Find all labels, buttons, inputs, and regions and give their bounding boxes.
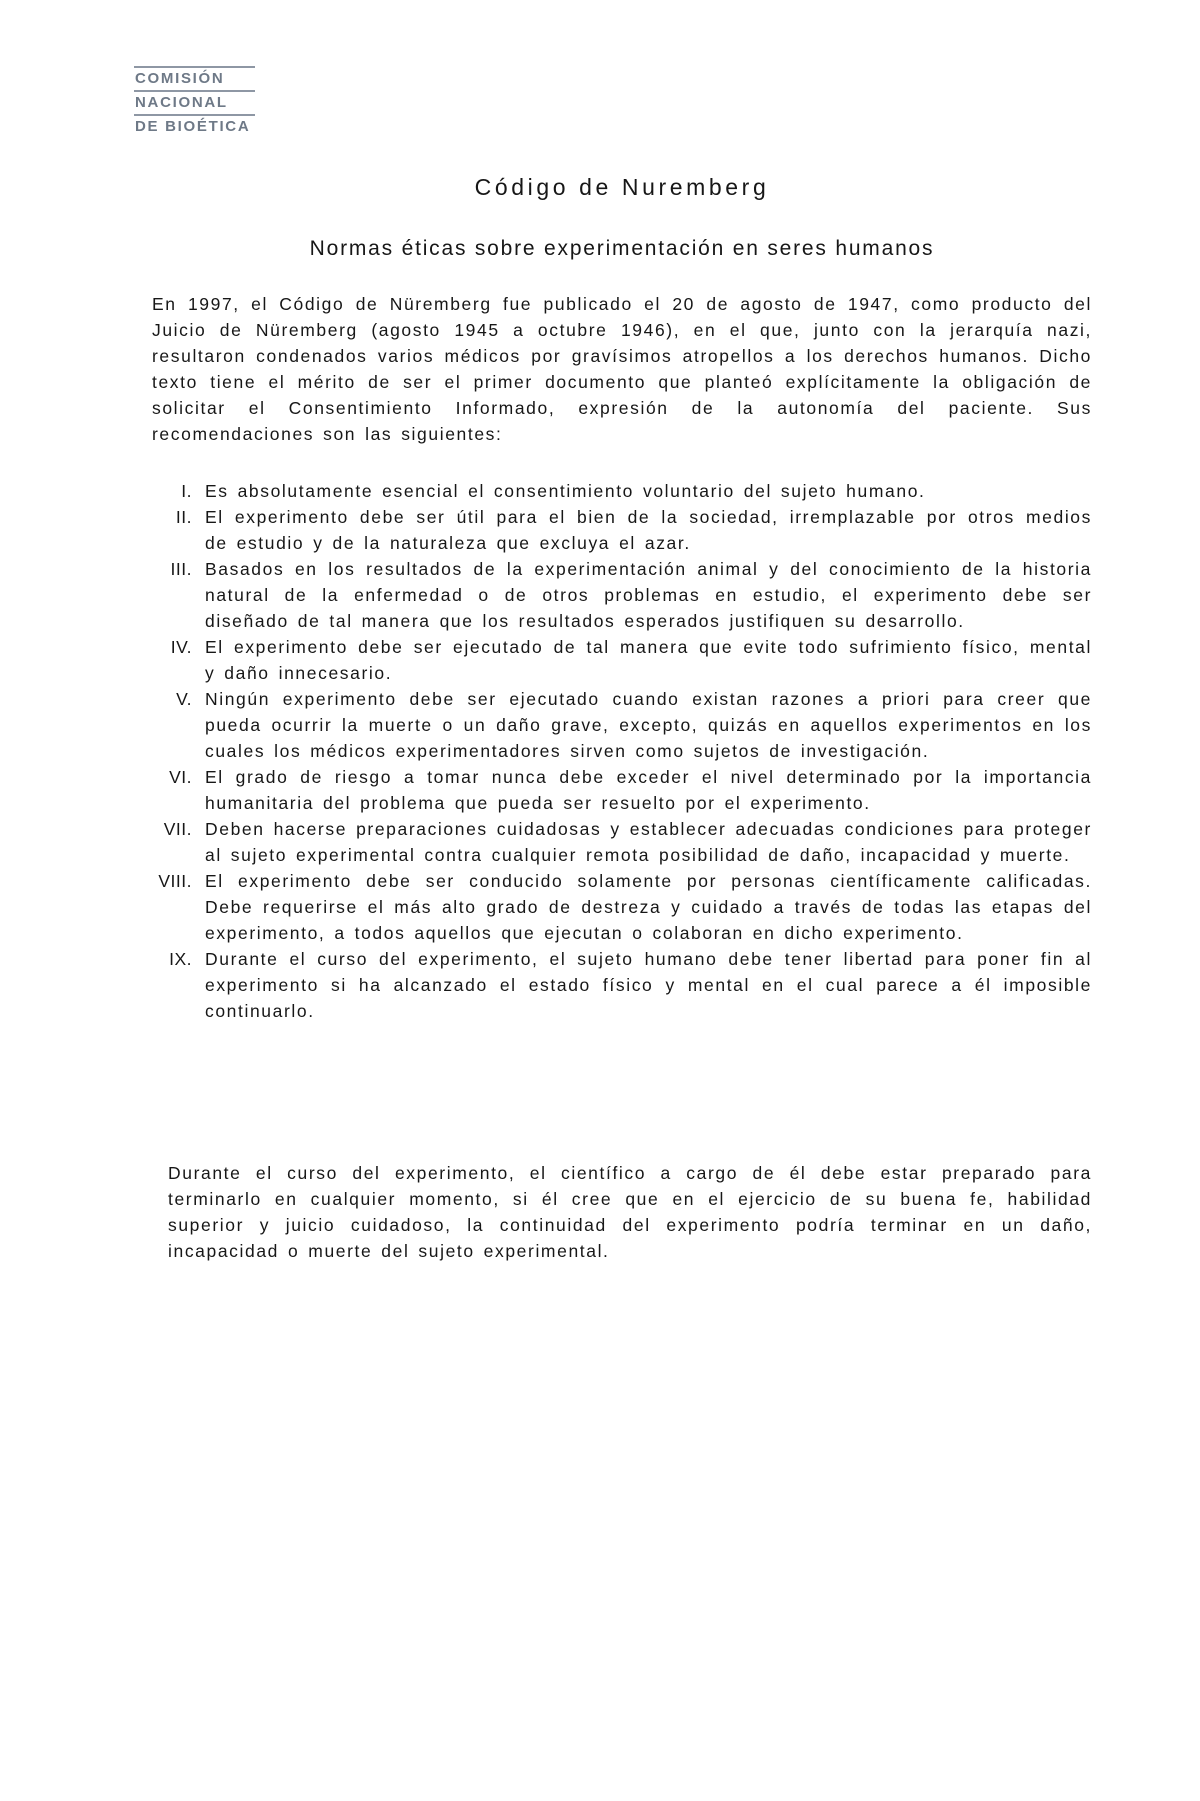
document-page: COMISIÓN NACIONAL DE BIOÉTICA Código de …: [0, 0, 1200, 1801]
item-text: Durante el curso del experimento, el suj…: [205, 946, 1092, 1024]
logo-line-1: COMISIÓN: [134, 66, 255, 90]
item-numeral: V.: [132, 686, 192, 712]
item-text: Basados en los resultados de la experime…: [205, 556, 1092, 634]
item-numeral: VI.: [132, 764, 192, 790]
item-numeral: IV.: [132, 634, 192, 660]
list-item: VIII. El experimento debe ser conducido …: [132, 868, 1092, 946]
list-item: I. Es absolutamente esencial el consenti…: [132, 478, 1092, 504]
document-title: Código de Nuremberg: [152, 174, 1092, 201]
logo-line-3: DE BIOÉTICA: [134, 114, 255, 138]
list-item: IV. El experimento debe ser ejecutado de…: [132, 634, 1092, 686]
item-numeral: I.: [132, 478, 192, 504]
nuremberg-code-list: I. Es absolutamente esencial el consenti…: [132, 478, 1092, 1024]
list-item: III. Basados en los resultados de la exp…: [132, 556, 1092, 634]
item-numeral: VIII.: [132, 868, 192, 894]
item-text: Deben hacerse preparaciones cuidadosas y…: [205, 816, 1092, 868]
list-item: V. Ningún experimento debe ser ejecutado…: [132, 686, 1092, 764]
item-text: El experimento debe ser ejecutado de tal…: [205, 634, 1092, 686]
item-text: El experimento debe ser conducido solame…: [205, 868, 1092, 946]
document-subtitle: Normas éticas sobre experimentación en s…: [152, 237, 1092, 261]
logo-line-2: NACIONAL: [134, 90, 255, 114]
item-numeral: III.: [132, 556, 192, 582]
list-item: IX. Durante el curso del experimento, el…: [132, 946, 1092, 1024]
item-text: El grado de riesgo a tomar nunca debe ex…: [205, 764, 1092, 816]
list-item: II. El experimento debe ser útil para el…: [132, 504, 1092, 556]
item-numeral: II.: [132, 504, 192, 530]
list-item: VI. El grado de riesgo a tomar nunca deb…: [132, 764, 1092, 816]
intro-paragraph: En 1997, el Código de Nüremberg fue publ…: [152, 291, 1092, 447]
list-item: VII. Deben hacerse preparaciones cuidado…: [132, 816, 1092, 868]
item-numeral: IX.: [132, 946, 192, 972]
item-numeral: VII.: [132, 816, 192, 842]
item-text: Ningún experimento debe ser ejecutado cu…: [205, 686, 1092, 764]
item-text: Es absolutamente esencial el consentimie…: [205, 478, 1092, 504]
item-text: El experimento debe ser útil para el bie…: [205, 504, 1092, 556]
comision-nacional-bioetica-logo: COMISIÓN NACIONAL DE BIOÉTICA: [134, 66, 255, 138]
closing-paragraph: Durante el curso del experimento, el cie…: [168, 1160, 1092, 1264]
